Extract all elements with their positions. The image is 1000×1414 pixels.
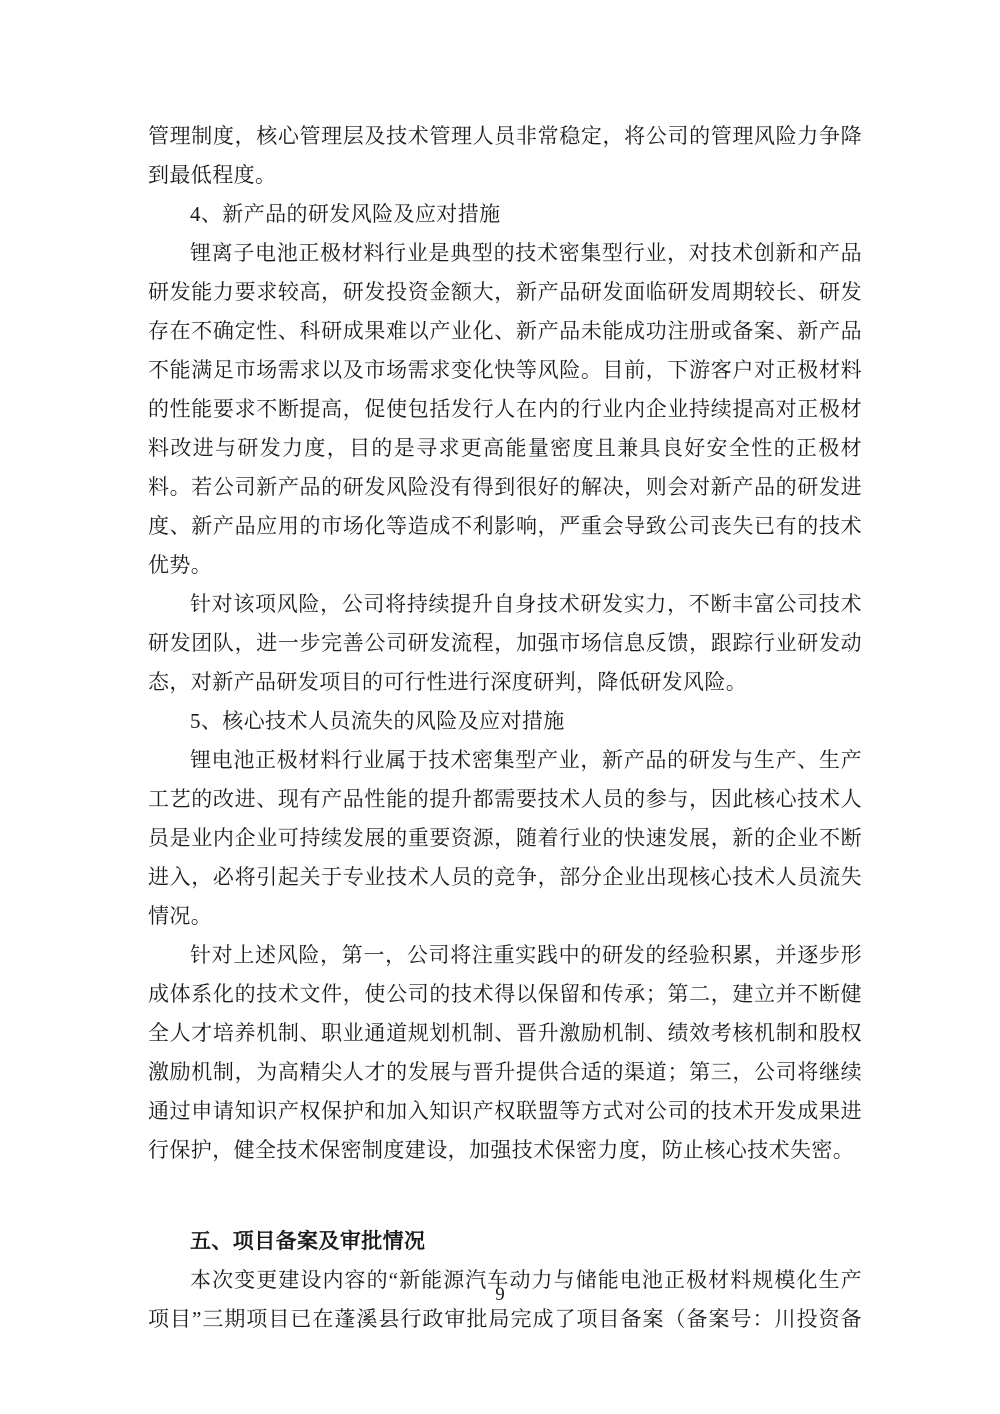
paragraph-risk-description-4: 锂离子电池正极材料行业是典型的技术密集型行业，对技术创新和产品研发能力要求较高，…	[148, 234, 862, 585]
page-footer: 9	[0, 1284, 1000, 1306]
paragraph-risk-response-5: 针对上述风险，第一，公司将注重实践中的研发的经验积累，并逐步形成体系化的技术文件…	[148, 936, 862, 1170]
paragraph-risk-response-4: 针对该项风险，公司将持续提升自身技术研发实力，不断丰富公司技术研发团队，进一步完…	[148, 585, 862, 702]
section-heading-4: 4、新产品的研发风险及应对措施	[148, 195, 862, 234]
paragraph-risk-description-5: 锂电池正极材料行业属于技术密集型产业，新产品的研发与生产、生产工艺的改进、现有产…	[148, 741, 862, 936]
page-content: 管理制度，核心管理层及技术管理人员非常稳定，将公司的管理风险力争降到最低程度。 …	[148, 117, 862, 1339]
paragraph-continuation: 管理制度，核心管理层及技术管理人员非常稳定，将公司的管理风险力争降到最低程度。	[148, 117, 862, 195]
document-page: 管理制度，核心管理层及技术管理人员非常稳定，将公司的管理风险力争降到最低程度。 …	[0, 0, 1000, 1414]
section-heading-5: 5、核心技术人员流失的风险及应对措施	[148, 702, 862, 741]
page-number: 9	[495, 1284, 505, 1305]
section-heading-filing: 五、项目备案及审批情况	[148, 1222, 862, 1261]
